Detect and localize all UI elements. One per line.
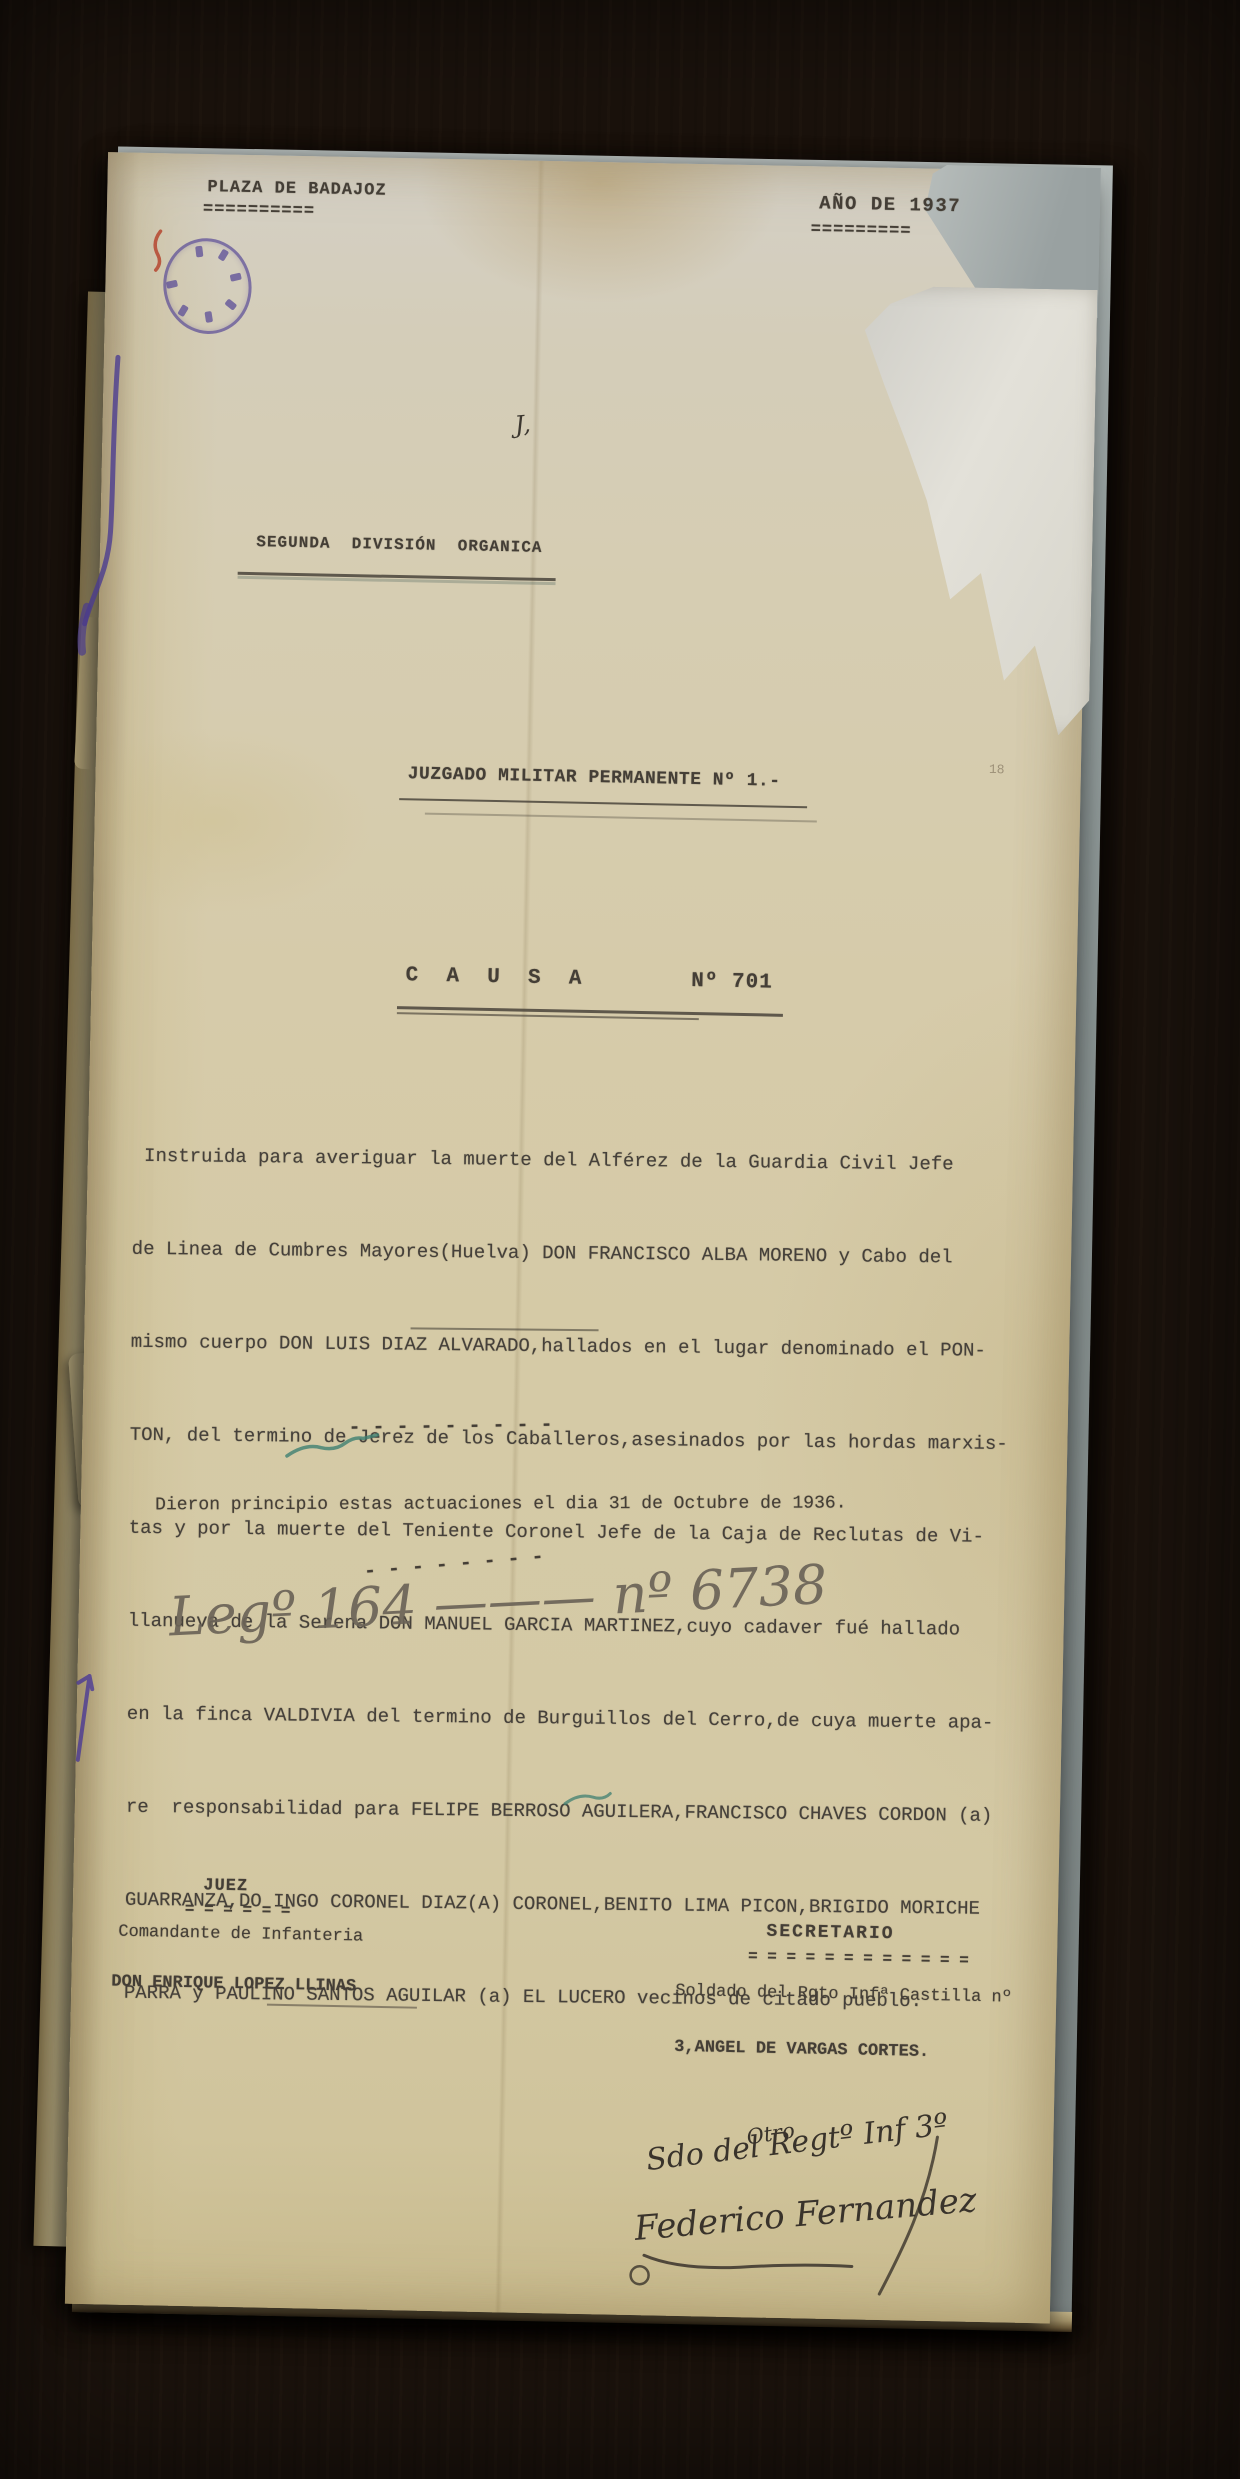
handwritten-unit-line: Sdo del Regtº Inf 3º	[644, 2107, 950, 2178]
judge-underline: = = = = = =	[185, 1900, 291, 1920]
stamp-glyph	[224, 298, 237, 310]
paragraph-line: tas y por la muerte del Teniente Coronel…	[129, 1513, 1034, 1553]
stamp-glyph	[204, 311, 213, 323]
stamp-glyph	[195, 246, 203, 258]
secretary-heading: SECRETARIO	[766, 1922, 894, 1945]
stamp-glyph	[230, 273, 242, 282]
paragraph-line: re responsabilidad para FELIPE BERROSO A…	[126, 1792, 1031, 1832]
stamp-glyph	[218, 249, 230, 262]
division-underline-rule	[238, 572, 556, 581]
paragraph-line: TON, del termino de Jerez de los Caballe…	[130, 1420, 1035, 1460]
document-page: PLAZA DE BADAJOZ ========== AÑO DE 1937 …	[65, 152, 1093, 2323]
juzgado-underline-rule	[399, 798, 807, 808]
stamp-glyph	[166, 280, 178, 289]
handwritten-margin-note: J,	[514, 410, 532, 439]
paragraph-line: Instruida para averiguar la muerte del A…	[133, 1141, 1038, 1181]
red-pen-mark	[155, 231, 161, 270]
year-underline: =========	[810, 220, 911, 241]
purple-arrow-mark	[77, 1676, 93, 1760]
proceedings-start-line: Dieron principio estas actuaciones el di…	[155, 1494, 846, 1516]
year-heading: AÑO DE 1937	[819, 192, 961, 217]
juzgado-heading: JUZGADO MILITAR PERMANENTE Nº 1.-	[407, 764, 780, 791]
paragraph-line: de Linea de Cumbres Mayores(Huelva) DON …	[132, 1234, 1037, 1274]
plaza-heading: PLAZA DE BADAJOZ	[207, 178, 387, 201]
signature-flourish	[644, 2255, 852, 2270]
signature-name: Federico Fernandez	[633, 2180, 978, 2249]
small-circle-mark	[630, 2266, 648, 2284]
paragraph-line: mismo cuerpo DON LUIS DIAZ ALVARADO,hall…	[131, 1327, 1036, 1367]
causa-heading: C A U S A Nº 701	[405, 964, 773, 994]
stamp-glyph	[177, 304, 189, 317]
plaza-underline: ==========	[203, 200, 315, 221]
dashed-separator: - - - - - - - - -	[348, 1414, 552, 1440]
paragraph-line: en la finca VALDIVIA del termino de Burg…	[127, 1699, 1032, 1739]
division-heading: SEGUNDA DIVISIÓN ORGANICA	[256, 533, 543, 557]
torn-corner-paper-patch	[837, 285, 1098, 736]
judge-heading: JUEZ	[203, 1876, 248, 1896]
juzgado-underline-rule-faint	[425, 813, 817, 823]
photo-of-court-case-cover: 1936 PLAZA DE BADAJOZ ========== AÑO DE …	[0, 0, 1240, 2479]
faint-page-mark: 18	[989, 762, 1005, 777]
circular-ink-stamp	[155, 231, 259, 342]
